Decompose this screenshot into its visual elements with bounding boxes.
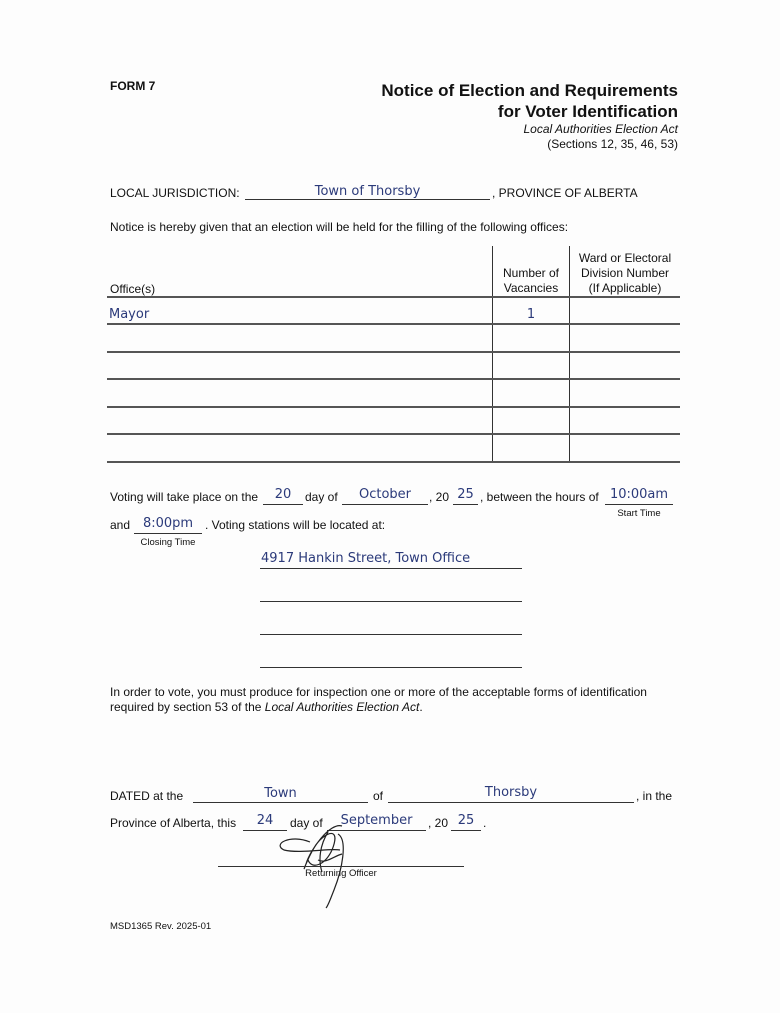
dated-end: . [483, 816, 486, 830]
form-title-line1: Notice of Election and Requirements [381, 80, 678, 101]
voting-year-field[interactable]: 25 [453, 487, 478, 502]
form-title: Notice of Election and Requirements for … [381, 80, 678, 122]
jurisdiction-line [245, 199, 490, 200]
form-code: MSD1365 Rev. 2025-01 [110, 921, 211, 932]
signature-label: Returning Officer [218, 868, 464, 879]
place-type-field[interactable]: Town [193, 786, 368, 801]
jurisdiction-label: LOCAL JURISDICTION: [110, 186, 240, 200]
dated-year-line [451, 830, 481, 831]
place-type-line [193, 802, 368, 803]
voting-day-field[interactable]: 20 [263, 487, 303, 502]
location-line [260, 568, 522, 569]
dated-suffix: , in the [636, 789, 672, 803]
closing-time-field[interactable]: 8:00pm [134, 516, 202, 531]
and-label: and [110, 518, 130, 532]
act-name: Local Authorities Election Act [523, 122, 678, 136]
voting-text-3: , 20 [429, 490, 449, 504]
office-cell[interactable]: Mayor [109, 307, 149, 322]
day-line [263, 504, 303, 505]
signature-line [218, 866, 464, 867]
voting-text-4: , between the hours of [480, 490, 599, 504]
start-time-field[interactable]: 10:00am [605, 487, 673, 502]
voting-text-5: . Voting stations will be located at: [205, 518, 385, 532]
dated-year-field[interactable]: 25 [451, 813, 481, 828]
row-rule [107, 378, 680, 380]
place-name-line [388, 802, 634, 803]
closing-time-line [134, 533, 202, 534]
row-rule [107, 323, 680, 325]
year-prefix: , 20 [428, 816, 448, 830]
year-line [453, 504, 478, 505]
province-text: Province of Alberta, this [110, 816, 236, 830]
vacancies-cell[interactable]: 1 [493, 307, 569, 322]
jurisdiction-suffix: , PROVINCE OF ALBERTA [492, 186, 638, 200]
month-line [342, 504, 428, 505]
place-name-field[interactable]: Thorsby [388, 785, 634, 800]
header-ward: Ward or Electoral Division Number (If Ap… [570, 251, 680, 296]
act-sections: (Sections 12, 35, 46, 53) [523, 137, 678, 152]
closing-time-label: Closing Time [134, 537, 202, 548]
signature-mark [270, 820, 380, 910]
voting-text-1: Voting will take place on the [110, 490, 258, 504]
start-time-label: Start Time [605, 508, 673, 519]
row-rule [107, 351, 680, 353]
voting-month-field[interactable]: October [342, 487, 428, 502]
form-subtitle: Local Authorities Election Act (Sections… [523, 122, 678, 152]
form-number: FORM 7 [110, 79, 155, 93]
header-vacancies: Number of Vacancies [493, 266, 569, 296]
voting-text-2: day of [305, 490, 338, 504]
location-line [260, 667, 522, 668]
location-line [260, 634, 522, 635]
table-header-rule [107, 296, 680, 298]
row-rule [107, 406, 680, 408]
header-office: Office(s) [110, 282, 155, 296]
jurisdiction-field[interactable]: Town of Thorsby [245, 184, 490, 199]
location-field-1[interactable]: 4917 Hankin Street, Town Office [261, 551, 470, 566]
notice-text: Notice is hereby given that an election … [110, 220, 568, 234]
row-rule [107, 433, 680, 435]
id-requirement-text: In order to vote, you must produce for i… [110, 685, 647, 715]
table-bottom-rule [107, 461, 680, 463]
start-time-line [605, 504, 673, 505]
dated-label: DATED at the [110, 789, 183, 803]
of-label: of [373, 789, 383, 803]
form-title-line2: for Voter Identification [381, 101, 678, 122]
location-line [260, 601, 522, 602]
